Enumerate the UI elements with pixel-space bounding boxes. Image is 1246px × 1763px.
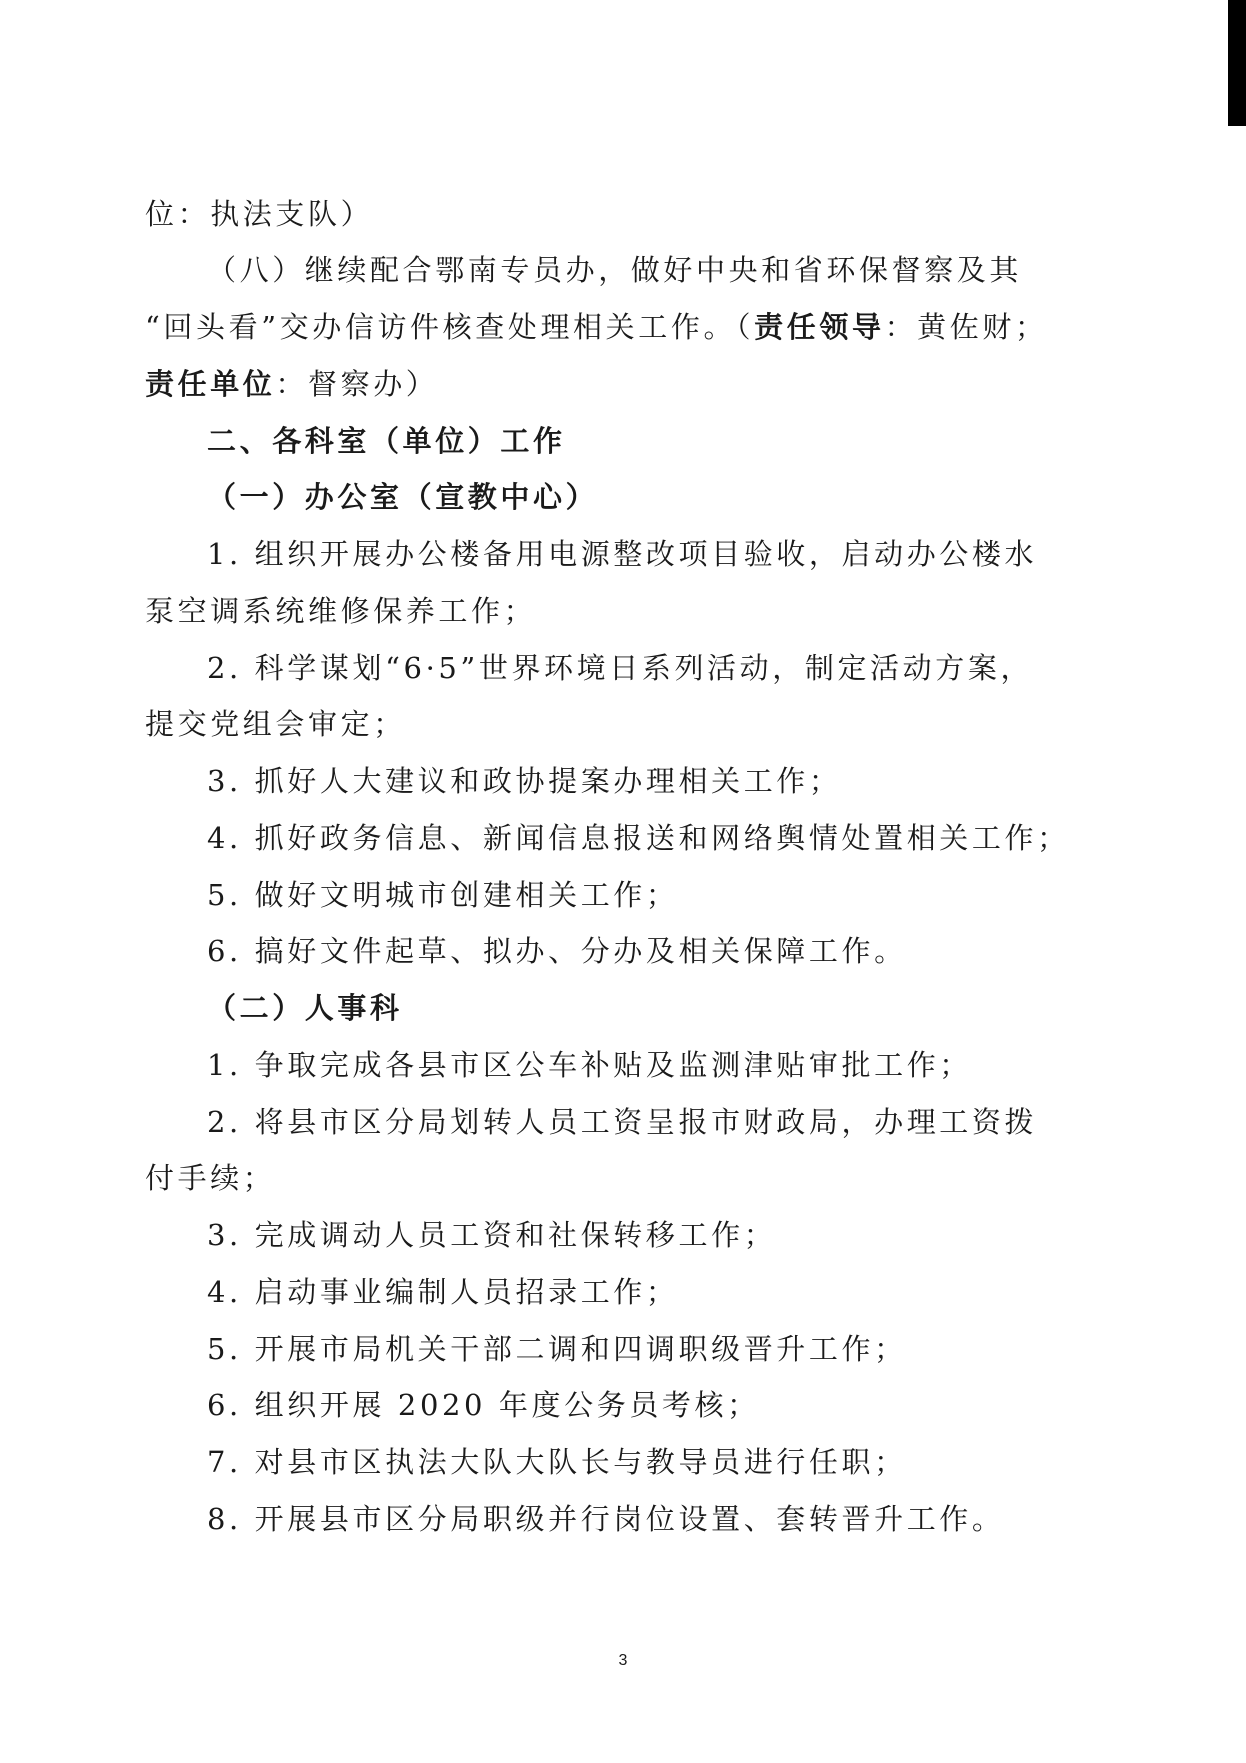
page-number: 3 xyxy=(0,1652,1246,1670)
text-run: ：督察办） xyxy=(275,367,438,401)
list-item-continuation: 付手续； xyxy=(145,1160,275,1196)
text-run: “回头看”交办信访件核查处理相关工作。（ xyxy=(145,310,754,344)
list-item: 3. 完成调动人员工资和社保转移工作； xyxy=(207,1217,776,1253)
list-item: 5. 开展市局机关干部二调和四调职级晋升工作； xyxy=(207,1331,907,1367)
document-page: 位：执法支队） （八）继续配合鄂南专员办，做好中央和省环保督察及其 “回头看”交… xyxy=(0,0,1246,1763)
responsible-leader-label: 责任领导 xyxy=(754,310,884,344)
paragraph-line: “回头看”交办信访件核查处理相关工作。（责任领导：黄佐财； xyxy=(145,309,1048,345)
list-item: 7. 对县市区执法大队大队长与教导员进行任职； xyxy=(207,1444,907,1480)
section-heading: 二、各科室（单位）工作 xyxy=(207,423,566,459)
list-item: 5. 做好文明城市创建相关工作； xyxy=(207,877,679,913)
list-item: 2. 科学谋划“6·5”世界环境日系列活动，制定活动方案， xyxy=(207,650,1033,686)
list-item: 2. 将县市区分局划转人员工资呈报市财政局，办理工资拨 xyxy=(207,1104,1037,1140)
list-item: 6. 组织开展 2020 年度公务员考核； xyxy=(207,1387,760,1423)
responsible-unit-label: 责任单位 xyxy=(145,367,275,401)
subsection-heading-personnel: （二）人事科 xyxy=(207,990,403,1026)
paragraph-line: 责任单位：督察办） xyxy=(145,366,438,402)
subsection-heading-office: （一）办公室（宣教中心） xyxy=(207,479,598,515)
paragraph-line: 位：执法支队） xyxy=(145,196,373,232)
list-item: 1. 组织开展办公楼备用电源整改项目验收，启动办公楼水 xyxy=(207,536,1037,572)
list-item-continuation: 提交党组会审定； xyxy=(145,706,406,742)
list-item: 4. 抓好政务信息、新闻信息报送和网络舆情处置相关工作； xyxy=(207,820,1070,856)
list-item: 6. 搞好文件起草、拟办、分办及相关保障工作。 xyxy=(207,933,907,969)
list-item-continuation: 泵空调系统维修保养工作； xyxy=(145,593,536,629)
list-item: 4. 启动事业编制人员招录工作； xyxy=(207,1274,679,1310)
list-item: 8. 开展县市区分局职级并行岗位设置、套转晋升工作。 xyxy=(207,1501,1005,1537)
text-run: ：黄佐财； xyxy=(885,310,1048,344)
paragraph-line: （八）继续配合鄂南专员办，做好中央和省环保督察及其 xyxy=(207,252,1022,288)
list-item: 3. 抓好人大建议和政协提案办理相关工作； xyxy=(207,763,842,799)
list-item: 1. 争取完成各县市区公车补贴及监测津贴审批工作； xyxy=(207,1047,972,1083)
